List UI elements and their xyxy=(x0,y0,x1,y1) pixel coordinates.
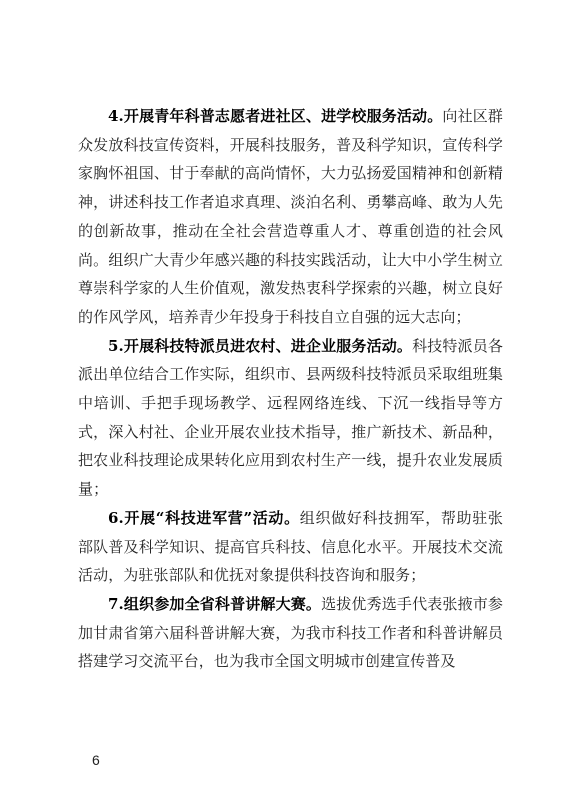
item-4-number: 4. xyxy=(108,107,124,125)
item-4-body: 向社区群众发放科技宣传资料，开展科技服务，普及科学知识，宣传科学家胸怀祖国、甘于… xyxy=(78,107,503,326)
list-item-5: 5.开展科技特派员进农村、进企业服务活动。科技特派员各派出单位结合工作实际，组织… xyxy=(78,332,503,504)
item-7-number: 7. xyxy=(108,595,124,613)
list-item-6: 6.开展“科技进军营”活动。组织做好科技拥军，帮助驻张部队普及科学知识、提高官兵… xyxy=(78,504,503,590)
item-7-heading: 组织参加全省科普讲解大赛。 xyxy=(124,595,321,613)
page-number: 6 xyxy=(92,752,100,768)
item-6-number: 6. xyxy=(108,509,124,527)
document-body: 4.开展青年科普志愿者进社区、进学校服务活动。向社区群众发放科技宣传资料，开展科… xyxy=(78,102,503,676)
item-5-number: 5. xyxy=(108,337,124,355)
list-item-4: 4.开展青年科普志愿者进社区、进学校服务活动。向社区群众发放科技宣传资料，开展科… xyxy=(78,102,503,332)
item-4-heading: 开展青年科普志愿者进社区、进学校服务活动。 xyxy=(124,107,443,125)
list-item-7: 7.组织参加全省科普讲解大赛。选拔优秀选手代表张掖市参加甘肃省第六届科普讲解大赛… xyxy=(78,590,503,676)
item-5-heading: 开展科技特派员进农村、进企业服务活动。 xyxy=(124,337,412,355)
item-6-heading: 开展“科技进军营”活动。 xyxy=(124,509,300,527)
document-page: 4.开展青年科普志愿者进社区、进学校服务活动。向社区群众发放科技宣传资料，开展科… xyxy=(0,0,575,809)
item-5-body: 科技特派员各派出单位结合工作实际，组织市、县两级科技特派员采取组班集中培训、手把… xyxy=(78,337,503,499)
